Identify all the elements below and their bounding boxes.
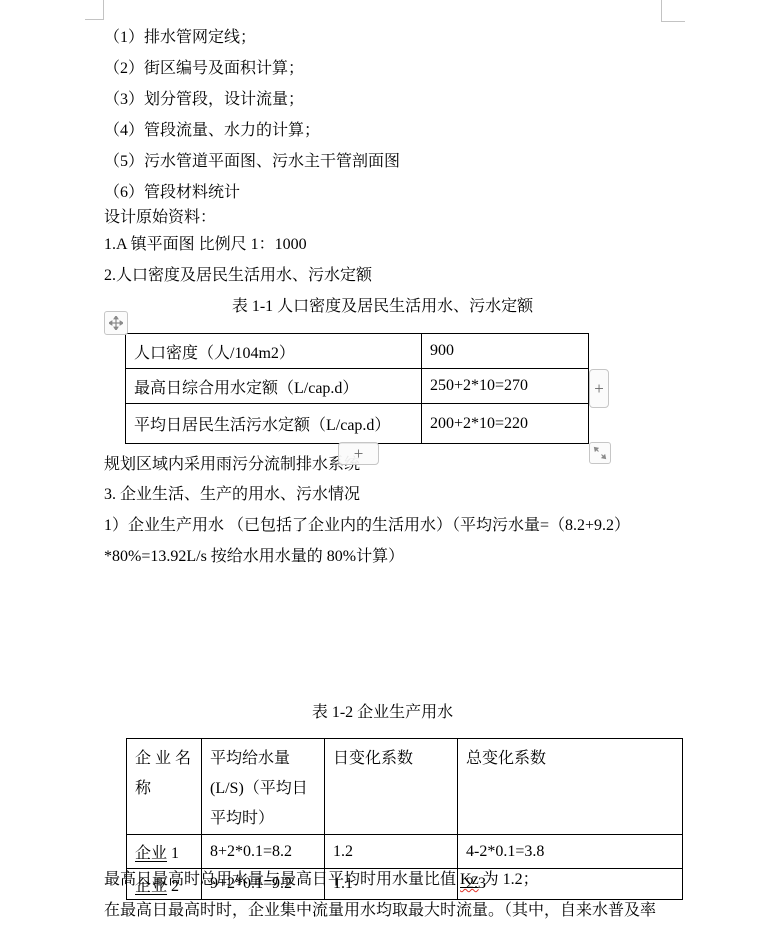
table2-cell-name-0[interactable]: 企业 1 (127, 835, 202, 869)
paragraph-rain-sewage[interactable]: 规划区域内采用雨污分流制排水系统 (104, 454, 664, 476)
list-item-6[interactable]: （6）管段材料统计 (104, 182, 664, 204)
list-item-1[interactable]: （1）排水管网定线； (104, 27, 664, 49)
table-1-1: 人口密度（人/104m2） 900 最高日综合用水定额（L/cap.d） 250… (125, 333, 589, 444)
insert-row-button[interactable]: + (338, 442, 379, 465)
table2-cell-avg-0[interactable]: 8+2*0.1=8.2 (202, 835, 325, 869)
paragraph-enterprise-line2[interactable]: *80%=13.92L/s 按给水用水量的 80%计算） (104, 546, 664, 568)
margin-corner-mark-top-left (85, 0, 104, 20)
table1-cell-label-0[interactable]: 人口密度（人/104m2） (126, 334, 422, 369)
plus-icon: + (594, 379, 604, 399)
table-move-handle[interactable] (104, 311, 128, 335)
kz-text-after: 为 1.2； (479, 871, 539, 888)
list-item-3[interactable]: （3）划分管段，设计流量； (104, 89, 664, 111)
table1-cell-value-1[interactable]: 250+2*10=270 (422, 369, 589, 404)
table1-cell-label-2[interactable]: 平均日居民生活污水定额（L/cap.d） (126, 404, 422, 444)
list-item-4[interactable]: （4）管段流量、水力的计算； (104, 120, 664, 142)
table2-header-daily[interactable]: 日变化系数 (325, 739, 458, 835)
table1-cell-value-0[interactable]: 900 (422, 334, 589, 369)
table2-header-avg[interactable]: 平均给水量(L/S)（平均日平均时） (202, 739, 325, 835)
paragraph-design-data[interactable]: 设计原始资料： (104, 207, 664, 229)
company-number: 1 (167, 845, 179, 862)
paragraph-closing[interactable]: 在最高日最高时时，企业集中流量用水均取最大时流量。（其中，自来水普及率 (104, 900, 664, 922)
move-cross-icon (109, 316, 123, 330)
table-row: 人口密度（人/104m2） 900 (126, 334, 589, 369)
document-page: （1）排水管网定线； （2）街区编号及面积计算； （3）划分管段，设计流量； （… (0, 0, 781, 942)
table-header-row: 企 业 名 称 平均给水量(L/S)（平均日平均时） 日变化系数 总变化系数 (127, 739, 683, 835)
paragraph-item1[interactable]: 1.A 镇平面图 比例尺 1：1000 (104, 234, 664, 256)
table2-cell-daily-0[interactable]: 1.2 (325, 835, 458, 869)
paragraph-section3[interactable]: 3. 企业生活、生产的用水、污水情况 (104, 484, 664, 506)
table1-caption[interactable]: 表 1-1 人口密度及居民生活用水、污水定额 (104, 296, 661, 318)
plus-icon: + (354, 444, 364, 464)
table-row: 最高日综合用水定额（L/cap.d） 250+2*10=270 (126, 369, 589, 404)
kz-misspelled-word: Kz (460, 871, 479, 888)
table2-header-total[interactable]: 总变化系数 (458, 739, 683, 835)
table2-caption[interactable]: 表 1-2 企业生产用水 (104, 702, 661, 724)
paragraph-kz[interactable]: 最高日最高时总用水量与最高日平均时用水量比值 Kz 为 1.2； (104, 869, 664, 891)
insert-column-button[interactable]: + (589, 369, 609, 408)
table-row: 平均日居民生活污水定额（L/cap.d） 200+2*10=220 (126, 404, 589, 444)
list-item-5[interactable]: （5）污水管道平面图、污水主干管剖面图 (104, 151, 664, 173)
kz-text-before: 最高日最高时总用水量与最高日平均时用水量比值 (104, 871, 460, 888)
table1-cell-value-2[interactable]: 200+2*10=220 (422, 404, 589, 444)
table2-cell-total-0[interactable]: 4-2*0.1=3.8 (458, 835, 683, 869)
table2-header-name[interactable]: 企 业 名 称 (127, 739, 202, 835)
table1-cell-label-1[interactable]: 最高日综合用水定额（L/cap.d） (126, 369, 422, 404)
underlined-company-name: 企业 (135, 845, 167, 862)
diagonal-resize-icon (593, 446, 607, 460)
table-resize-handle[interactable] (589, 442, 611, 464)
list-item-2[interactable]: （2）街区编号及面积计算； (104, 58, 664, 80)
paragraph-enterprise-line1[interactable]: 1）企业生产用水 （已包括了企业内的生活用水）（平均污水量=（8.2+9.2） (104, 515, 664, 537)
margin-corner-mark-top-right (661, 0, 685, 22)
table-row: 企业 1 8+2*0.1=8.2 1.2 4-2*0.1=3.8 (127, 835, 683, 869)
paragraph-item2[interactable]: 2.人口密度及居民生活用水、污水定额 (104, 265, 664, 287)
